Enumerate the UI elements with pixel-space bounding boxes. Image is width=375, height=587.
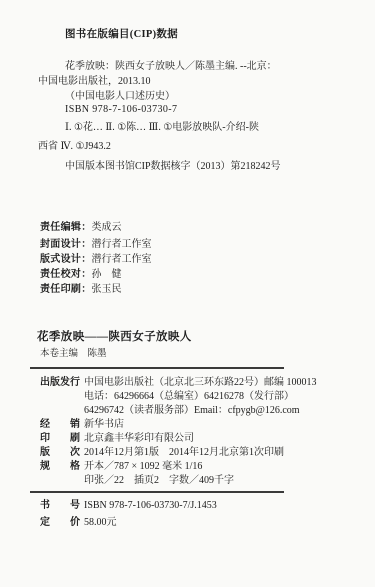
imprint-row-phone: 电话：64296664（总编室）64216278（发行部） <box>40 391 294 403</box>
credit-value: 潜行者工作室 <box>92 254 152 265</box>
cip-line: 花季放映：陕西女子放映人／陈墨主编. --北京： <box>65 61 277 73</box>
imprint-row-printer: 印 刷北京鑫丰华彩印有限公司 <box>40 433 194 445</box>
imprint-value: 中国电影出版社（北京北三环东路22号）邮编 100013 <box>84 377 317 388</box>
imprint-label: 书 号 <box>40 500 84 512</box>
imprint-value: 64296742（读者服务部）Email：cfpygb@126.com <box>84 405 300 416</box>
cip-isbn-line: ISBN 978-7-106-03730-7 <box>65 104 177 116</box>
imprint-value: 新华书店 <box>84 419 124 430</box>
cip-line: （中国电影人口述历史） <box>65 91 175 103</box>
imprint-label: 出版发行 <box>40 377 84 389</box>
imprint-row-email: 64296742（读者服务部）Email：cfpygb@126.com <box>40 405 300 417</box>
credit-row: 封面设计：潜行者工作室 <box>40 239 152 251</box>
credit-label: 责任编辑： <box>40 222 92 233</box>
cip-line: 中国电影出版社，2013.10 <box>38 76 151 88</box>
imprint-label: 印 刷 <box>40 433 84 445</box>
credit-value: 张玉民 <box>92 284 122 295</box>
imprint-value: 电话：64296664（总编室）64216278（发行部） <box>84 391 294 402</box>
imprint-value: 印张／22 插页2 字数／409千字 <box>84 475 234 486</box>
book-title: 花季放映——陕西女子放映人 <box>37 331 192 343</box>
imprint-row-format: 规 格开本／787 × 1092 毫米 1/16 <box>40 461 202 473</box>
credit-row: 责任编辑：类成云 <box>40 222 122 234</box>
cip-heading: 图书在版编目(CIP)数据 <box>65 29 178 41</box>
imprint-row-sheets: 印张／22 插页2 字数／409千字 <box>40 475 234 487</box>
credit-value: 孙 健 <box>92 269 122 280</box>
cip-registration-line: 中国版本图书馆CIP数据核字（2013）第218242号 <box>65 161 281 173</box>
price-row: 定 价58.00元 <box>40 517 117 529</box>
credit-row: 责任印刷：张玉民 <box>40 284 122 296</box>
imprint-value: 北京鑫丰华彩印有限公司 <box>84 433 194 444</box>
isbn-row: 书 号ISBN 978-7-106-03730-7/J.1453 <box>40 500 217 512</box>
imprint-row-distributor: 经 销新华书店 <box>40 419 124 431</box>
imprint-value: 2014年12月第1版 2014年12月北京第1次印刷 <box>84 447 284 458</box>
imprint-value: 58.00元 <box>84 517 117 528</box>
cip-classification-line: 西省 Ⅳ. ①J943.2 <box>38 141 111 153</box>
credit-value: 类成云 <box>92 222 122 233</box>
imprint-value: ISBN 978-7-106-03730-7/J.1453 <box>84 500 217 511</box>
imprint-row-edition: 版 次2014年12月第1版 2014年12月北京第1次印刷 <box>40 447 284 459</box>
credit-label: 责任印刷： <box>40 284 92 295</box>
imprint-label: 规 格 <box>40 461 84 473</box>
imprint-label: 经 销 <box>40 419 84 431</box>
imprint-row-publisher: 出版发行中国电影出版社（北京北三环东路22号）邮编 100013 <box>40 377 317 389</box>
credit-label: 封面设计： <box>40 239 92 250</box>
divider <box>30 367 284 369</box>
divider <box>30 491 284 493</box>
volume-editor: 本卷主编 陈墨 <box>40 348 107 360</box>
credit-label: 版式设计： <box>40 254 92 265</box>
credit-row: 版式设计：潜行者工作室 <box>40 254 152 266</box>
imprint-label: 版 次 <box>40 447 84 459</box>
imprint-value: 开本／787 × 1092 毫米 1/16 <box>84 461 202 472</box>
credit-row: 责任校对：孙 健 <box>40 269 122 281</box>
imprint-label: 定 价 <box>40 517 84 529</box>
cip-classification-line: Ⅰ. ①花… Ⅱ. ①陈… Ⅲ. ①电影放映队-介绍-陕 <box>65 122 259 134</box>
credit-label: 责任校对： <box>40 269 92 280</box>
credit-value: 潜行者工作室 <box>92 239 152 250</box>
book-copyright-page: 图书在版编目(CIP)数据 花季放映：陕西女子放映人／陈墨主编. --北京： 中… <box>0 0 375 587</box>
